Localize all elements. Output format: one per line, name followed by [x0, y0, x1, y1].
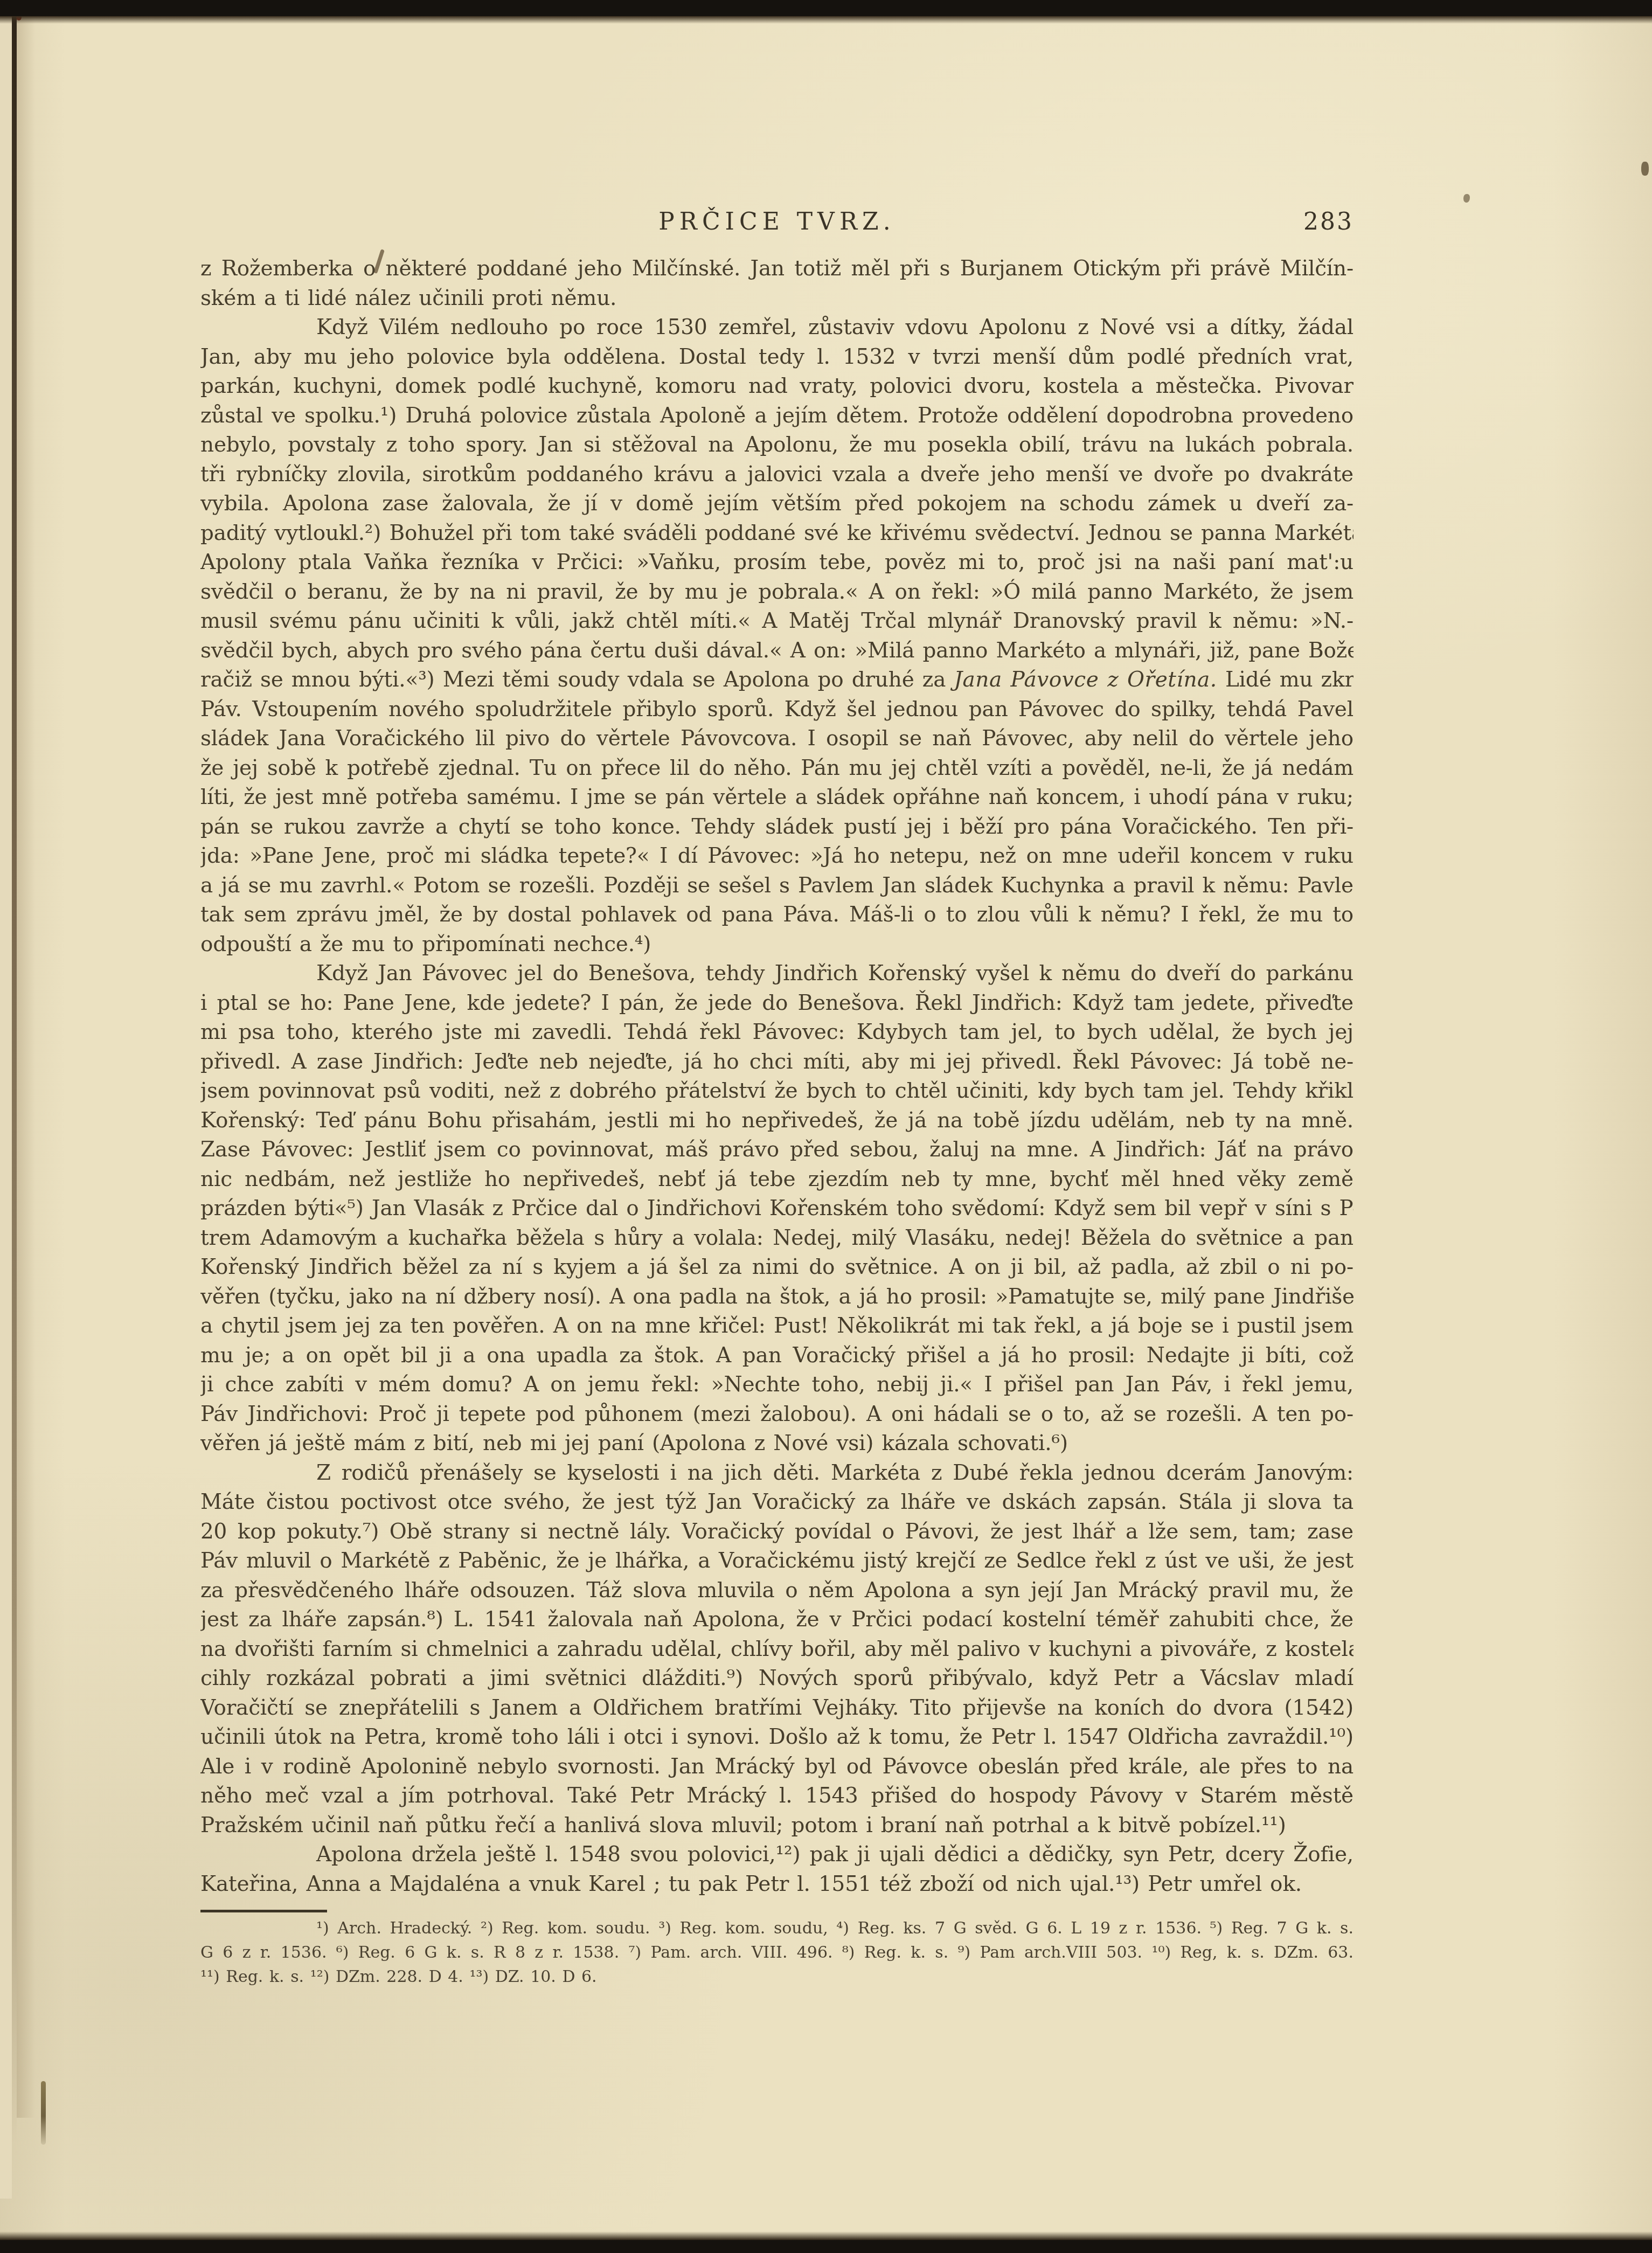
- body-text: z Rožemberka o některé poddané jeho Milč…: [200, 254, 1353, 1899]
- paragraph: Z rodičů přenášely se kyselosti i na jic…: [200, 1459, 1353, 1841]
- text-line: věřen (tyčku, jako na ní džbery nosí). A…: [200, 1283, 1353, 1312]
- text-line: cihly rozkázal pobrati a jimi světnici d…: [200, 1664, 1353, 1694]
- book-page-scan: PRČICE TVRZ. 283 z Rožemberka o některé …: [0, 0, 1652, 2253]
- text-line: tři rybníčky zlovila, sirotkům poddaného…: [200, 460, 1353, 490]
- scan-border-top: [0, 0, 1652, 16]
- scan-border-bottom: [0, 2240, 1652, 2253]
- text-line: jda: »Pane Jene, proč mi sládka tepete?«…: [200, 842, 1353, 871]
- text-line: musil svému pánu učiniti k vůli, jakž ch…: [200, 607, 1353, 636]
- page-left-margin-strip: [0, 16, 12, 2199]
- text-line: Když Vilém nedlouho po roce 1530 zemřel,…: [200, 313, 1353, 343]
- text-line: odpouští a že mu to připomínati nechce.⁴…: [200, 930, 1353, 960]
- text-line: i ptal se ho: Pane Jene, kde jedete? I p…: [200, 989, 1353, 1018]
- text-line: ském a ti lidé nález učinili proti němu.: [200, 284, 1353, 314]
- text-line: trem Adamovým a kuchařka běžela s hůry a…: [200, 1224, 1353, 1253]
- text-line: Kořenský Jindřich běžel za ní s kyjem a …: [200, 1253, 1353, 1283]
- text-line: Kořenský: Teď pánu Bohu přisahám, jestli…: [200, 1106, 1353, 1136]
- text-line: zůstal ve spolku.¹) Druhá polovice zůsta…: [200, 401, 1353, 431]
- text-line: svědčil o beranu, že by na ni pravil, že…: [200, 578, 1353, 607]
- text-line: z Rožemberka o některé poddané jeho Milč…: [200, 254, 1353, 284]
- text-line: 20 kop pokuty.⁷) Obě strany si nectně lá…: [200, 1517, 1353, 1547]
- paragraph: Apolona držela ještě l. 1548 svou polovi…: [200, 1840, 1353, 1899]
- page-edge-line: [12, 15, 17, 2144]
- text-line: paditý vytloukl.²) Bohužel při tom také …: [200, 519, 1353, 549]
- paragraph: z Rožemberka o některé poddané jeho Milč…: [200, 254, 1353, 313]
- text-line: Apolony ptala Vaňka řezníka v Prčici: »V…: [200, 548, 1353, 578]
- text-line: prázden býti«⁵) Jan Vlasák z Prčice dal …: [200, 1194, 1353, 1224]
- text-line: a chytil jsem jej za ten pověřen. A on n…: [200, 1312, 1353, 1341]
- text-line: Kateřina, Anna a Majdaléna a vnuk Karel …: [200, 1870, 1353, 1900]
- text-line: učinili útok na Petra, kromě toho láli i…: [200, 1723, 1353, 1752]
- paragraph: Když Vilém nedlouho po roce 1530 zemřel,…: [200, 313, 1353, 959]
- text-line: Ale i v rodině Apolonině nebylo svornost…: [200, 1752, 1353, 1782]
- page-number: 283: [1303, 208, 1353, 235]
- text-line: přivedl. A zase Jindřich: Jeďte neb neje…: [200, 1048, 1353, 1077]
- text-line: Páv. Vstoupením nového spoludržitele při…: [200, 695, 1353, 725]
- text-line: ji chce zabíti v mém domu? A on jemu řek…: [200, 1370, 1353, 1400]
- text-line: jest za lháře zapsán.⁸) L. 1541 žalovala…: [200, 1605, 1353, 1635]
- page-header: PRČICE TVRZ. 283: [200, 208, 1353, 240]
- footnotes: ¹) Arch. Hradecký. ²) Reg. kom. soudu. ³…: [200, 1916, 1353, 1989]
- text-line: Jan, aby mu jeho polovice byla oddělena.…: [200, 343, 1353, 372]
- text-line: mi psa toho, kterého jste mi zavedli. Te…: [200, 1018, 1353, 1048]
- text-line: věřen já ještě mám z bití, neb mi jej pa…: [200, 1429, 1353, 1459]
- text-line: nebylo, povstaly z toho spory. Jan si st…: [200, 431, 1353, 460]
- page-title: PRČICE TVRZ.: [200, 208, 1353, 235]
- text-line: Apolona držela ještě l. 1548 svou polovi…: [200, 1840, 1353, 1870]
- text-line: vybila. Apolona zase žalovala, že jí v d…: [200, 489, 1353, 519]
- text-line: mu je; a on opět bil ji a ona upadla za …: [200, 1341, 1353, 1371]
- text-line: Voračičtí se znepřátelili s Janem a Oldř…: [200, 1694, 1353, 1723]
- text-line: a já se mu zavrhl.« Potom se rozešli. Po…: [200, 871, 1353, 901]
- paragraph: Když Jan Pávovec jel do Benešova, tehdy …: [200, 959, 1353, 1459]
- text-line: svědčil bych, abych pro svého pána čertu…: [200, 636, 1353, 666]
- text-line: líti, že jest mně potřeba samému. I jme …: [200, 783, 1353, 813]
- text-line: nic nedbám, než jestliže ho nepřivedeš, …: [200, 1165, 1353, 1195]
- text-line: jsem povinnovat psů voditi, než z dobréh…: [200, 1077, 1353, 1106]
- text-line: pán se rukou zavrže a chytí se toho konc…: [200, 813, 1353, 842]
- text-line: parkán, kuchyni, domek podlé kuchyně, ko…: [200, 372, 1353, 401]
- text-line: Pražském učinil naň půtku řečí a hanlivá…: [200, 1811, 1353, 1841]
- text-line: Páv Jindřichovi: Proč ji tepete pod půho…: [200, 1400, 1353, 1430]
- text-line: že jej sobě k potřebě zjednal. Tu on pře…: [200, 754, 1353, 784]
- text-line: Páv mluvil o Markétě z Paběnic, že je lh…: [200, 1547, 1353, 1576]
- text-line: Z rodičů přenášely se kyselosti i na jic…: [200, 1459, 1353, 1488]
- footnote-separator: [200, 1910, 327, 1912]
- margin-ink-blot: [41, 2081, 46, 2145]
- text-line: tak sem zprávu jměl, že by dostal pohlav…: [200, 900, 1353, 930]
- text-line: Máte čistou poctivost otce svého, že jes…: [200, 1488, 1353, 1517]
- footnote-line: ¹) Arch. Hradecký. ²) Reg. kom. soudu. ³…: [200, 1916, 1353, 1940]
- text-line: račiž se mnou býti.«³) Mezi těmi soudy v…: [200, 665, 1353, 695]
- footnote-line: G 6 z r. 1536. ⁶) Reg. 6 G k. s. R 8 z r…: [200, 1940, 1353, 1965]
- text-line: Když Jan Pávovec jel do Benešova, tehdy …: [200, 959, 1353, 989]
- page-edge-nick: [1641, 162, 1649, 176]
- text-line: na dvořišti farním si chmelnici a zahrad…: [200, 1635, 1353, 1665]
- page-edge-shadow: [17, 16, 35, 2118]
- text-line: za přesvědčeného lháře odsouzen. Táž slo…: [200, 1576, 1353, 1606]
- text-line: něho meč vzal a jím potrhoval. Také Petr…: [200, 1781, 1353, 1811]
- footnote-line: ¹¹) Reg. k. s. ¹²) DZm. 228. D 4. ¹³) DZ…: [200, 1965, 1353, 1989]
- paper-speck: [1463, 194, 1470, 203]
- text-line: sládek Jana Voračického lil pivo do věrt…: [200, 724, 1353, 754]
- text-line: Zase Pávovec: Jestliť jsem co povinnovat…: [200, 1135, 1353, 1165]
